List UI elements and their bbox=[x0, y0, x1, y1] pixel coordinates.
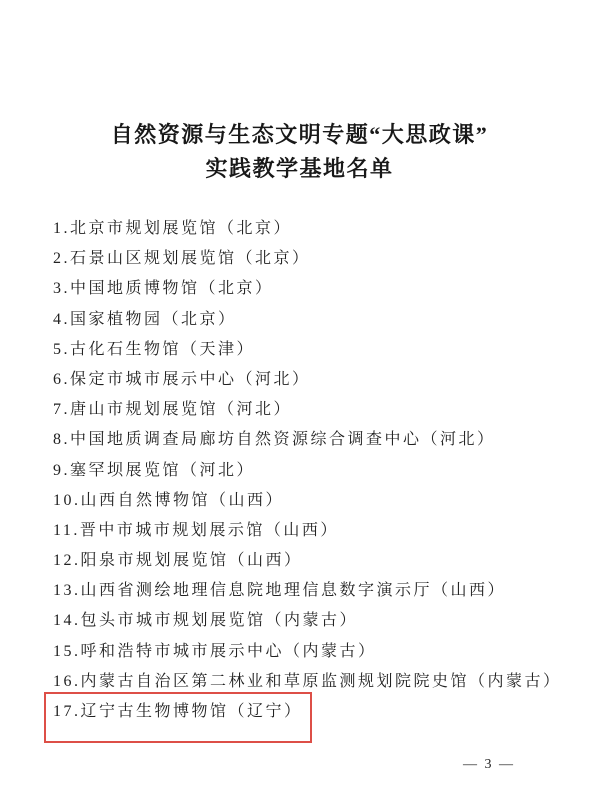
list-item-5: 5.古化石生物馆（天津） bbox=[53, 335, 573, 365]
list-item-14: 14.包头市城市规划展览馆（内蒙古） bbox=[53, 606, 573, 636]
list-item-17: 17.辽宁古生物博物馆（辽宁） bbox=[53, 697, 573, 727]
list-item-3: 3.中国地质博物馆（北京） bbox=[53, 274, 573, 304]
list-item-12: 12.阳泉市规划展览馆（山西） bbox=[53, 546, 573, 576]
page-number: — 3 — bbox=[463, 757, 515, 773]
list-item-4: 4.国家植物园（北京） bbox=[53, 305, 573, 335]
list-item-6: 6.保定市城市展示中心（河北） bbox=[53, 365, 573, 395]
list-item-8: 8.中国地质调查局廊坊自然资源综合调查中心（河北） bbox=[53, 425, 573, 455]
list-item-1: 1.北京市规划展览馆（北京） bbox=[53, 214, 573, 244]
document-title-line2: 实践教学基地名单 bbox=[0, 152, 599, 186]
list-item-11: 11.晋中市城市规划展示馆（山西） bbox=[53, 516, 573, 546]
list-item-15: 15.呼和浩特市城市展示中心（内蒙古） bbox=[53, 637, 573, 667]
list-item-13: 13.山西省测绘地理信息院地理信息数字演示厅（山西） bbox=[53, 576, 573, 606]
list-item-16: 16.内蒙古自治区第二林业和草原监测规划院院史馆（内蒙古） bbox=[53, 667, 573, 697]
document-title-line1: 自然资源与生态文明专题“大思政课” bbox=[0, 118, 599, 152]
list-item-7: 7.唐山市规划展览馆（河北） bbox=[53, 395, 573, 425]
document-title: 自然资源与生态文明专题“大思政课” 实践教学基地名单 bbox=[0, 118, 599, 186]
document-page: 自然资源与生态文明专题“大思政课” 实践教学基地名单 1.北京市规划展览馆（北京… bbox=[0, 0, 599, 811]
list-item-10: 10.山西自然博物馆（山西） bbox=[53, 486, 573, 516]
base-list: 1.北京市规划展览馆（北京） 2.石景山区规划展览馆（北京） 3.中国地质博物馆… bbox=[53, 214, 573, 727]
list-item-2: 2.石景山区规划展览馆（北京） bbox=[53, 244, 573, 274]
list-item-9: 9.塞罕坝展览馆（河北） bbox=[53, 456, 573, 486]
